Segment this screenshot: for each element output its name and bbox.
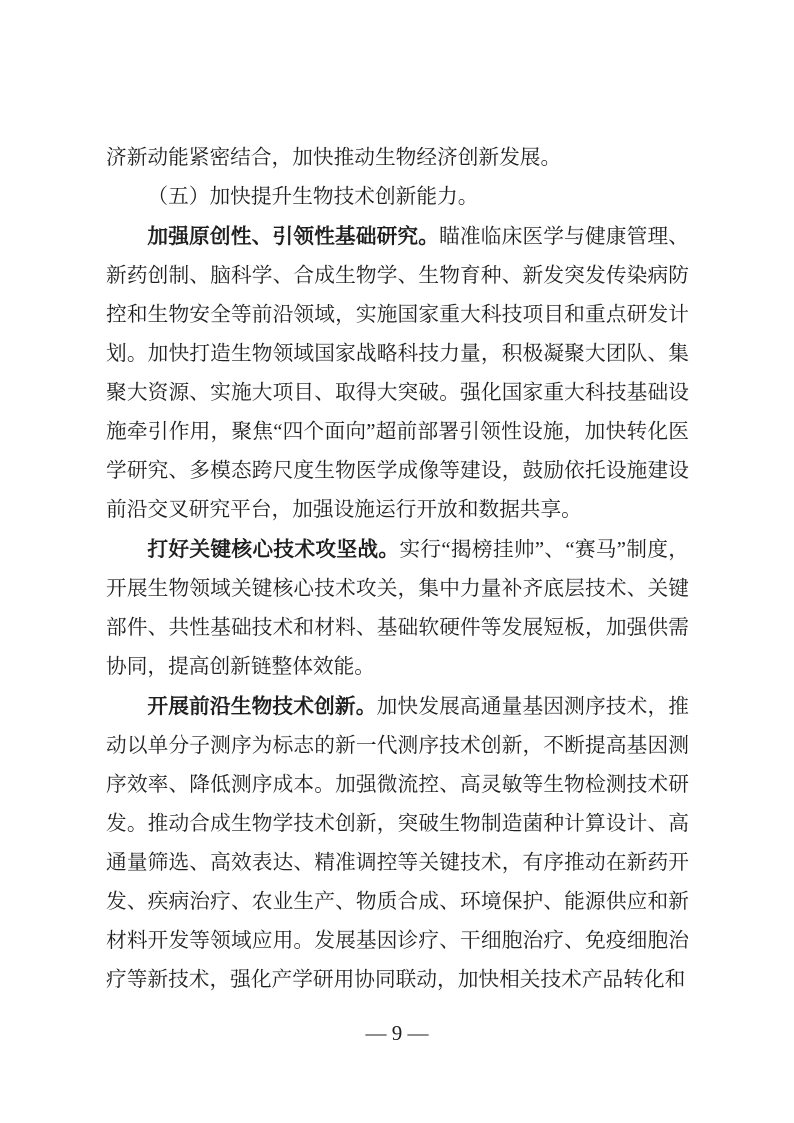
paragraph-continuation: 济新动能紧密结合，加快推动生物经济创新发展。 bbox=[106, 139, 689, 178]
paragraph-key-tech: 打好关键核心技术攻坚战。实行“揭榜挂帅”、“赛马”制度，开展生物领域关键核心技术… bbox=[106, 530, 689, 687]
document-page: 济新动能紧密结合，加快推动生物经济创新发展。 （五）加快提升生物技术创新能力。 … bbox=[0, 0, 794, 1123]
paragraph-body-text: 瞄准临床医学与健康管理、新药创制、脑科学、合成生物学、生物育种、新发突发传染病防… bbox=[106, 226, 689, 521]
page-number: — 9 — bbox=[0, 1014, 794, 1053]
paragraph-frontier-biotech: 开展前沿生物技术创新。加快发展高通量基因测序技术，推动以单分子测序为标志的新一代… bbox=[106, 687, 689, 1000]
document-body: 济新动能紧密结合，加快推动生物经济创新发展。 （五）加快提升生物技术创新能力。 … bbox=[106, 139, 689, 1000]
paragraph-lead: 开展前沿生物技术创新。 bbox=[147, 695, 376, 718]
paragraph-basic-research: 加强原创性、引领性基础研究。瞄准临床医学与健康管理、新药创制、脑科学、合成生物学… bbox=[106, 217, 689, 530]
section-heading: （五）加快提升生物技术创新能力。 bbox=[106, 178, 689, 217]
paragraph-body-text: 加快发展高通量基因测序技术，推动以单分子测序为标志的新一代测序技术创新，不断提高… bbox=[106, 696, 689, 991]
paragraph-lead: 打好关键核心技术攻坚战。 bbox=[147, 538, 399, 561]
paragraph-lead: 加强原创性、引领性基础研究。 bbox=[147, 225, 439, 248]
